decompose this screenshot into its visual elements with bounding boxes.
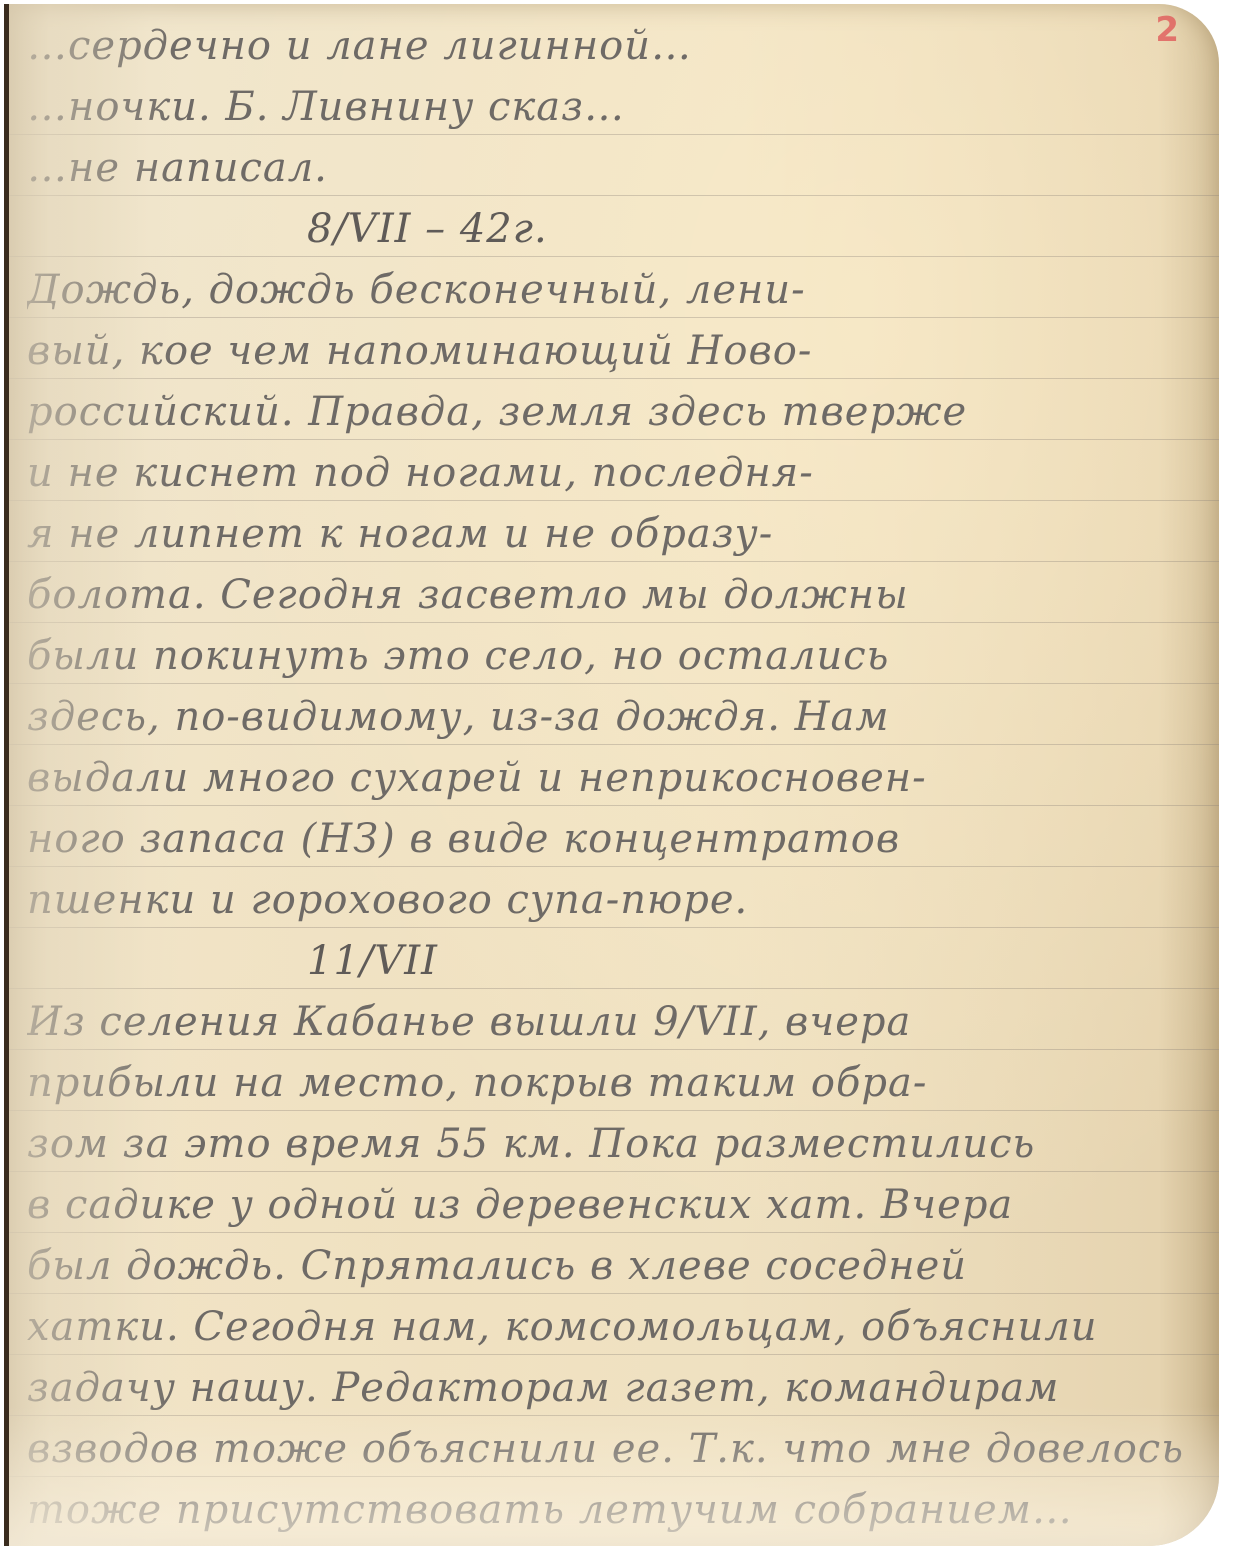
entry-date: 11/VII	[27, 931, 1183, 992]
text-line: Из селения Кабанье вышли 9/VII, вчера	[27, 992, 1183, 1053]
text-line: вый, кое чем напоминающий Ново-	[27, 321, 1183, 382]
text-line: в садике у одной из деревенских хат. Вче…	[27, 1175, 1183, 1236]
text-line: …сердечно и лане лигинной…	[27, 16, 1183, 77]
text-line: я не липнет к ногам и не образу-	[27, 504, 1183, 565]
text-line: Дождь, дождь бесконечный, лени-	[27, 260, 1183, 321]
text-line: пшенки и горохового супа-пюре.	[27, 870, 1183, 931]
text-line: взводов тоже объяснили ее. Т.к. что мне …	[27, 1419, 1183, 1480]
entry-date: 8/VII – 42г.	[27, 199, 1183, 260]
text-line: болота. Сегодня засветло мы должны	[27, 565, 1183, 626]
text-line: …не написал.	[27, 138, 1183, 199]
text-line: прибыли на место, покрыв таким обра-	[27, 1053, 1183, 1114]
text-line: были покинуть это село, но остались	[27, 626, 1183, 687]
handwritten-text: …сердечно и лане лигинной… …ночки. Б. Ли…	[27, 16, 1183, 1541]
text-line: задачу нашу. Редакторам газет, командира…	[27, 1358, 1183, 1419]
text-line: здесь, по-видимому, из-за дождя. Нам	[27, 687, 1183, 748]
diary-page: 2 …сердечно и лане лигинной… …ночки. Б. …	[4, 4, 1219, 1546]
text-line: российский. Правда, земля здесь тверже	[27, 382, 1183, 443]
text-line: и не киснет под ногами, последня-	[27, 443, 1183, 504]
text-line: хатки. Сегодня нам, комсомольцам, объясн…	[27, 1297, 1183, 1358]
text-line: выдали много сухарей и неприкосновен-	[27, 748, 1183, 809]
text-line: ного запаса (НЗ) в виде концентратов	[27, 809, 1183, 870]
text-line: …ночки. Б. Ливнину сказ…	[27, 77, 1183, 138]
text-line: зом за это время 55 км. Пока разместилис…	[27, 1114, 1183, 1175]
text-line: тоже присутствовать летучим собранием…	[27, 1480, 1183, 1541]
text-line: был дождь. Спрятались в хлеве соседней	[27, 1236, 1183, 1297]
